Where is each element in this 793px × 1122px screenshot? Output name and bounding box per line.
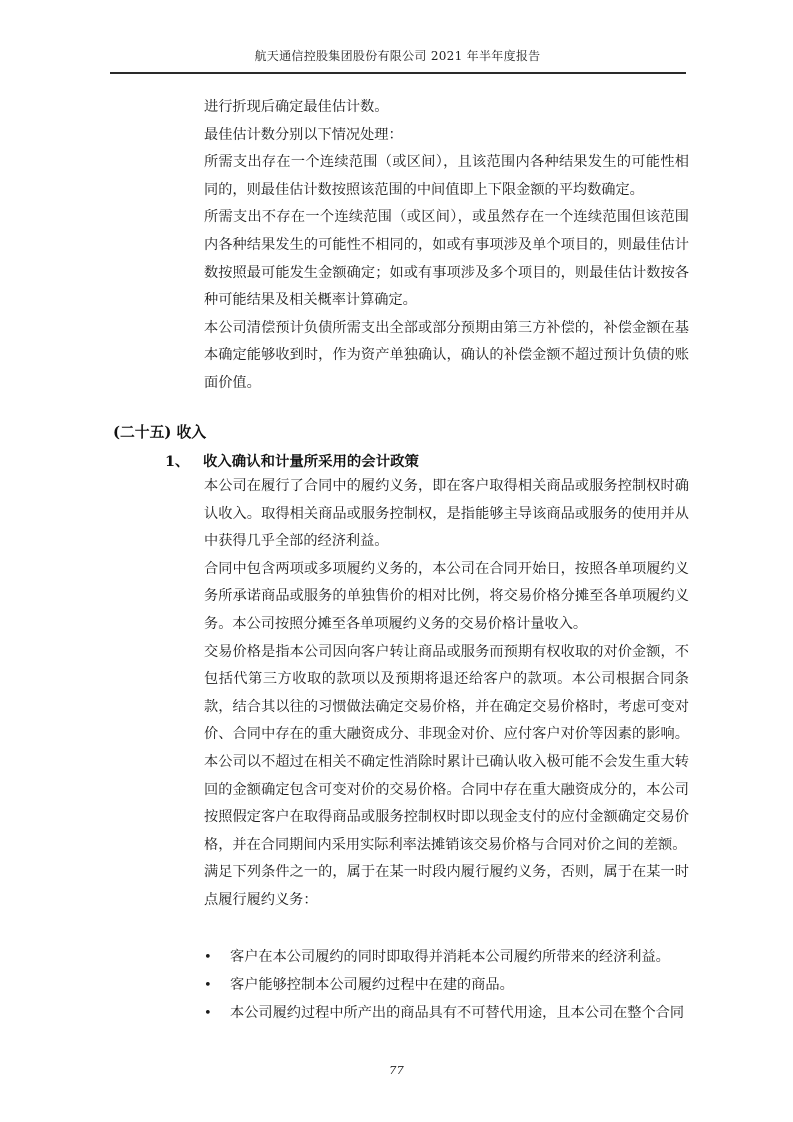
bullet-marker: • [204, 944, 230, 972]
bullet-marker: • [204, 972, 230, 1000]
paragraph: 所需支出不存在一个连续范围（或区间），或虽然存在一个连续范围但该范围内各种结果发… [204, 204, 689, 314]
paragraph: 合同中包含两项或多项履约义务的，本公司在合同开始日，按照各单项履约义务所承诺商品… [204, 556, 689, 639]
subsection-title: 收入确认和计量所采用的会计政策 [203, 448, 419, 476]
report-page: 航天通信控股集团股份有限公司 2021 年半年度报告 进行折现后确定最佳估计数。… [0, 0, 793, 1122]
bullet-text: 本公司履约过程中所产出的商品具有不可替代用途，且本公司在整个合同 [230, 1000, 693, 1028]
page-number: 77 [0, 1063, 793, 1077]
paragraph: 进行折现后确定最佳估计数。 [204, 94, 689, 122]
subsection-number: 1、 [165, 448, 203, 476]
list-item: • 客户能够控制本公司履约过程中在建的商品。 [204, 972, 693, 1000]
bullet-marker: • [204, 1000, 230, 1028]
list-item: • 本公司履约过程中所产出的商品具有不可替代用途，且本公司在整个合同 [204, 1000, 693, 1028]
list-item: • 客户在本公司履约的同时即取得并消耗本公司履约所带来的经济利益。 [204, 944, 693, 972]
bullet-list: • 客户在本公司履约的同时即取得并消耗本公司履约所带来的经济利益。 • 客户能够… [204, 944, 693, 1027]
header-rule [110, 72, 686, 74]
paragraph: 本公司在履行了合同中的履约义务，即在客户取得相关商品或服务控制权时确认收入。取得… [204, 473, 689, 556]
paragraph: 所需支出存在一个连续范围（或区间），且该范围内各种结果发生的可能性相同的，则最佳… [204, 149, 689, 204]
paragraph: 满足下列条件之一的，属于在某一时段内履行履约义务，否则，属于在某一时点履行履约义… [204, 859, 689, 914]
section-heading-revenue: (二十五) 收入 [113, 419, 206, 447]
bullet-text: 客户能够控制本公司履约过程中在建的商品。 [230, 972, 693, 1000]
upper-paragraphs: 进行折现后确定最佳估计数。 最佳估计数分别以下情况处理： 所需支出存在一个连续范… [204, 94, 689, 398]
paragraph: 交易价格是指本公司因向客户转让商品或服务而预期有权收取的对价金额，不包括代第三方… [204, 639, 689, 860]
paragraph: 本公司清偿预计负债所需支出全部或部分预期由第三方补偿的，补偿金额在基本确定能够收… [204, 315, 689, 398]
lower-paragraphs: 本公司在履行了合同中的履约义务，即在客户取得相关商品或服务控制权时确认收入。取得… [204, 473, 689, 915]
subsection-heading: 1、 收入确认和计量所采用的会计政策 [165, 448, 419, 476]
bullet-text: 客户在本公司履约的同时即取得并消耗本公司履约所带来的经济利益。 [230, 944, 693, 972]
paragraph: 最佳估计数分别以下情况处理： [204, 122, 689, 150]
report-header-title: 航天通信控股集团股份有限公司 2021 年半年度报告 [110, 48, 685, 64]
